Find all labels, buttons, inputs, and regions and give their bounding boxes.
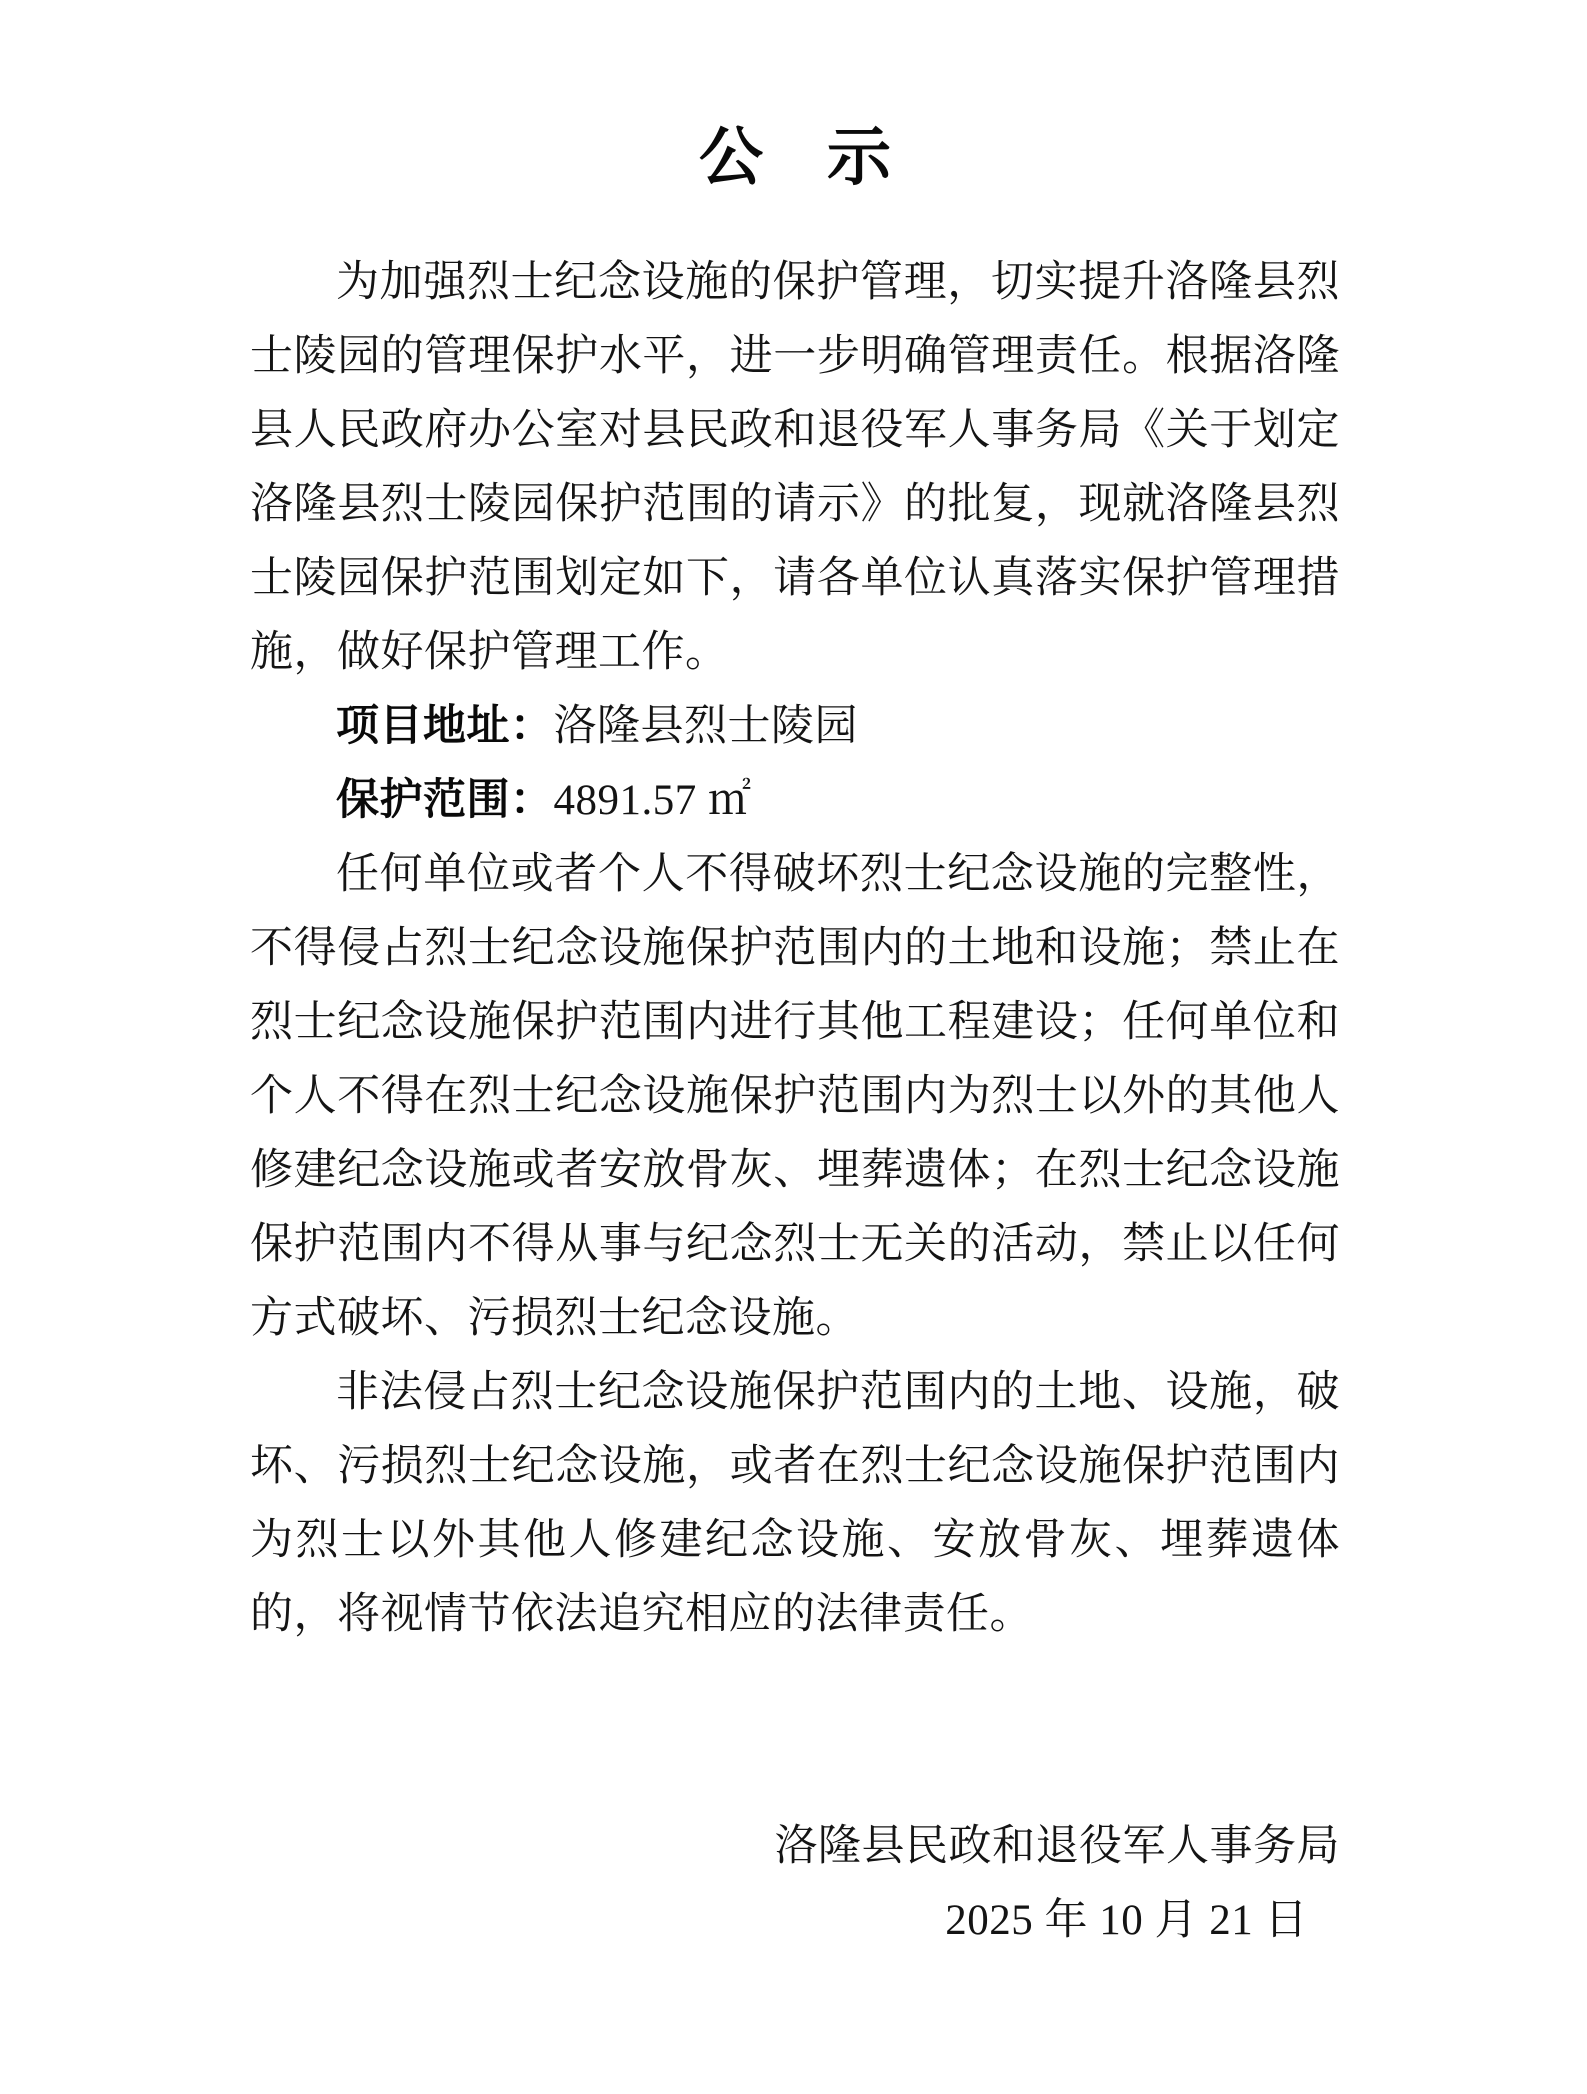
protection-area-value: 4891.57 ㎡	[554, 777, 752, 824]
protection-area-label: 保护范围：	[336, 777, 554, 824]
paragraph-liability: 非法侵占烈士纪念设施保护范围内的土地、设施，破坏、污损烈士纪念设施，或者在烈士纪…	[250, 1356, 1340, 1652]
field-project-address: 项目地址：洛隆县烈士陵园	[250, 690, 1340, 764]
project-address-label: 项目地址：	[336, 703, 554, 750]
project-address-value: 洛隆县烈士陵园	[554, 703, 859, 750]
notice-page: 公 示 为加强烈士纪念设施的保护管理，切实提升洛隆县烈士陵园的管理保护水平，进一…	[0, 0, 1587, 2094]
notice-content: 公 示 为加强烈士纪念设施的保护管理，切实提升洛隆县烈士陵园的管理保护水平，进一…	[250, 112, 1340, 1958]
paragraph-prohibitions: 任何单位或者个人不得破坏烈士纪念设施的完整性，不得侵占烈士纪念设施保护范围内的土…	[250, 838, 1340, 1356]
paragraph-intro: 为加强烈士纪念设施的保护管理，切实提升洛隆县烈士陵园的管理保护水平，进一步明确管…	[250, 246, 1340, 690]
field-protection-area: 保护范围：4891.57 ㎡	[250, 764, 1340, 838]
signature-block: 洛隆县民政和退役军人事务局 2025 年 10 月 21 日	[250, 1810, 1340, 1958]
signature-date: 2025 年 10 月 21 日	[250, 1884, 1340, 1958]
signature-agency: 洛隆县民政和退役军人事务局	[250, 1810, 1340, 1884]
page-title: 公 示	[250, 112, 1340, 204]
